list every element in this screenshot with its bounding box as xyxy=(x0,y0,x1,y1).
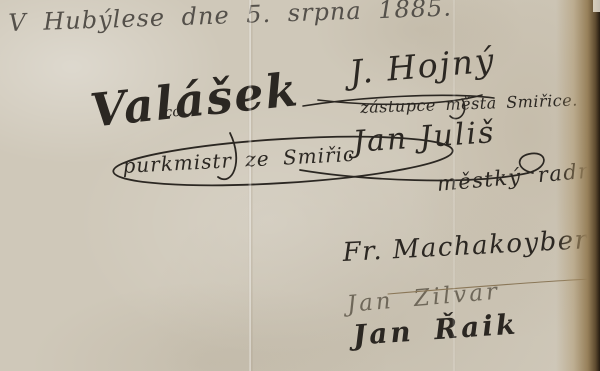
signature-hojny: J. Hojný xyxy=(348,43,497,89)
signature-raik: Jan Řaik xyxy=(352,310,519,349)
signature-valasek-superscript: co xyxy=(164,105,181,120)
signature-julis: Jan Juliš xyxy=(352,118,496,158)
paper-fold-crease xyxy=(248,0,253,371)
signature-valasek-title: purkmistr ze Smiřic xyxy=(122,144,356,176)
signature-valasek: Valášek xyxy=(88,66,301,134)
signature-hojny-title: zástupce města Smiřice. xyxy=(360,92,578,116)
corner-highlight xyxy=(593,0,600,12)
date-line: V Hubýlese dne 5. srpna 1885. xyxy=(8,0,452,35)
signature-julis-title: městký radní xyxy=(436,160,600,195)
page-edge-shadow xyxy=(556,0,600,371)
signature-machakoyber: Fr. Machakoyber xyxy=(342,227,589,266)
document-photo: V Hubýlese dne 5. srpna 1885. J. Hojný z… xyxy=(0,0,600,371)
